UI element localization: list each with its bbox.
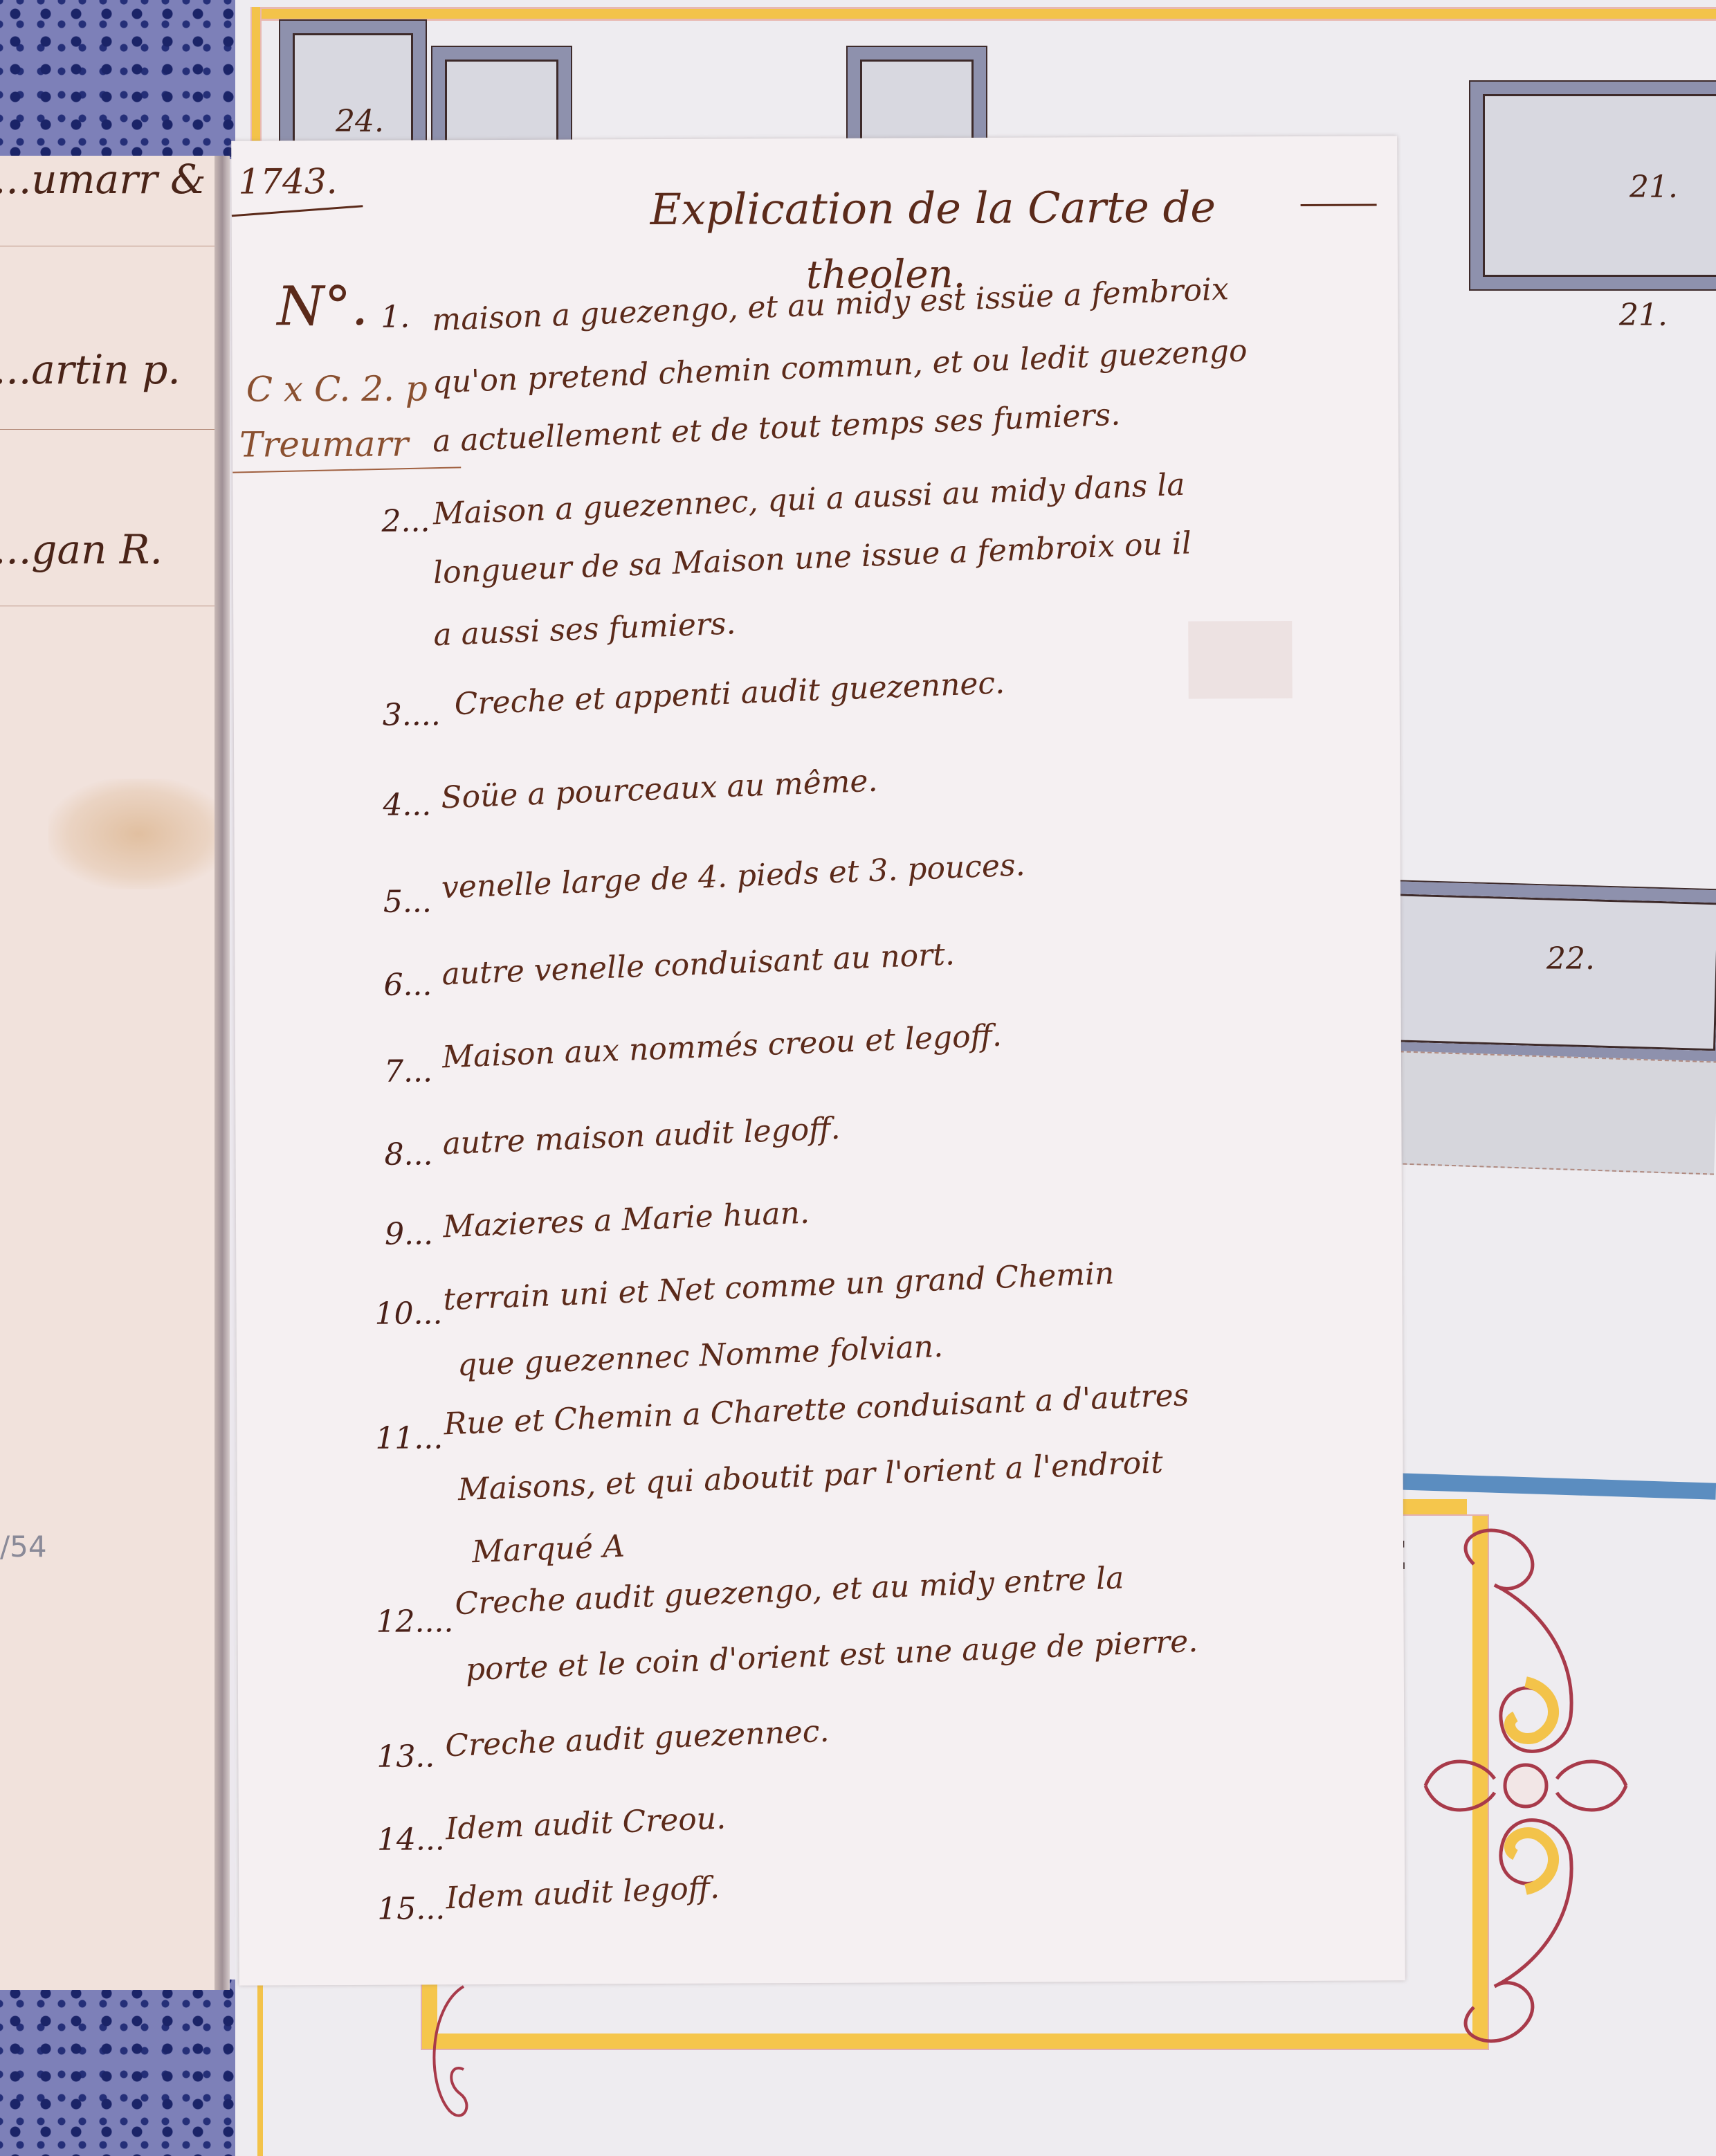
entry-11-line-3: Marqué A bbox=[471, 1529, 625, 1570]
scroll-ornament-left-icon bbox=[422, 1980, 477, 2132]
entry-6-number: 6... bbox=[383, 967, 432, 1002]
left-sheet-line-1: ...umarr & bbox=[0, 156, 206, 203]
entry-14-number: 14... bbox=[377, 1822, 445, 1857]
map-border-left bbox=[250, 7, 262, 145]
entry-4-number: 4... bbox=[383, 787, 431, 822]
left-sheet-line-2: ...artin p. bbox=[0, 346, 181, 393]
entry-13-number: 13.. bbox=[376, 1739, 435, 1774]
left-sheet bbox=[0, 156, 221, 1990]
document-year: 1743. bbox=[238, 161, 337, 202]
entry-10-line-1: terrain uni et Net comme un grand Chemin bbox=[443, 1256, 1115, 1317]
entry-13-line-1: Creche audit guezennec. bbox=[444, 1714, 830, 1764]
entry-11-number: 11... bbox=[375, 1420, 443, 1456]
entry-9-line-1: Mazieres a Marie huan. bbox=[442, 1195, 810, 1245]
margin-rule bbox=[232, 466, 461, 473]
left-rule-3 bbox=[0, 606, 221, 606]
manuscript-page: 1743. Explication de la Carte de theolen… bbox=[231, 136, 1405, 1985]
map-border-top bbox=[250, 7, 1716, 21]
entry-1-number: 1. bbox=[381, 300, 410, 335]
cloth-backing-top bbox=[0, 0, 235, 159]
entry-2-number: 2... bbox=[381, 503, 430, 538]
entry-15-number: 15... bbox=[377, 1891, 445, 1926]
margin-reference: C x C. 2. p bbox=[246, 368, 428, 409]
cloth-backing-bottom bbox=[0, 1980, 235, 2156]
entry-6-line-1: autre venelle conduisant au nort. bbox=[441, 936, 956, 992]
margin-name: Treumarr bbox=[239, 424, 408, 465]
entry-2-line-1: Maison a guezennec, qui a aussi au midy … bbox=[432, 467, 1186, 532]
building-label-21-inner: 21. bbox=[1630, 170, 1678, 205]
entry-12-line-2: porte et le coin d'orient est une auge d… bbox=[465, 1624, 1198, 1688]
entry-14-line-1: Idem audit Creou. bbox=[445, 1800, 727, 1847]
building-label-22: 22. bbox=[1546, 941, 1595, 977]
title-dash bbox=[1301, 203, 1377, 206]
entry-2-line-3: a aussi ses fumiers. bbox=[432, 606, 736, 653]
paper-repair-patch bbox=[1188, 621, 1292, 699]
number-header: N°. bbox=[277, 275, 368, 338]
map-road bbox=[1389, 1051, 1716, 1175]
water-stain bbox=[48, 779, 228, 889]
entry-8-number: 8... bbox=[384, 1136, 432, 1172]
entry-11-line-2: Maisons, et qui aboutit par l'orient a l… bbox=[457, 1444, 1164, 1507]
left-sheet-line-3: ...gan R. bbox=[0, 526, 163, 573]
document-title: Explication de la Carte de bbox=[650, 181, 1216, 235]
entry-12-number: 12.... bbox=[376, 1604, 453, 1639]
entry-2-line-2: longueur de sa Maison une issue a fembro… bbox=[432, 525, 1192, 590]
entry-9-number: 9... bbox=[385, 1216, 433, 1251]
entry-10-line-2: que guezennec Nomme folvian. bbox=[457, 1329, 944, 1384]
entry-8-line-1: autre maison audit legoff. bbox=[442, 1111, 841, 1162]
entry-15-line-1: Idem audit legoff. bbox=[445, 1870, 720, 1916]
entry-3-number: 3.... bbox=[383, 697, 441, 732]
entry-12-line-1: Creche audit guezengo, et au midy entre … bbox=[455, 1560, 1125, 1622]
entry-1-line-3: a actuellement et de tout temps ses fumi… bbox=[432, 397, 1121, 459]
entry-3-line-1: Creche et appenti audit guezennec. bbox=[454, 665, 1005, 722]
scroll-ornament-icon bbox=[1418, 1516, 1640, 2056]
building-21 bbox=[1470, 82, 1716, 289]
entry-5-line-1: venelle large de 4. pieds et 3. pouces. bbox=[441, 847, 1025, 905]
left-rule-2 bbox=[0, 429, 221, 430]
building-label-24: 24. bbox=[336, 104, 384, 139]
entry-1-line-2: qu'on pretend chemin commun, et ou ledit… bbox=[432, 333, 1248, 400]
year-underline bbox=[232, 205, 363, 217]
entry-5-number: 5... bbox=[383, 884, 432, 919]
left-rule-1 bbox=[0, 246, 221, 246]
fold-shadow bbox=[214, 156, 230, 1990]
building-label-21-outer: 21. bbox=[1619, 298, 1668, 333]
entry-10-number: 10... bbox=[374, 1296, 442, 1331]
entry-4-line-1: Soüe a pourceaux au même. bbox=[440, 763, 878, 816]
entry-11-line-1: Rue et Chemin a Charette conduisant a d'… bbox=[443, 1377, 1189, 1442]
entry-7-line-1: Maison aux nommés creou et legoff. bbox=[441, 1018, 1003, 1076]
pencil-catalog-number: /54 bbox=[0, 1530, 47, 1564]
map-border-left-bottom bbox=[257, 1980, 263, 2156]
entry-7-number: 7... bbox=[384, 1053, 432, 1089]
